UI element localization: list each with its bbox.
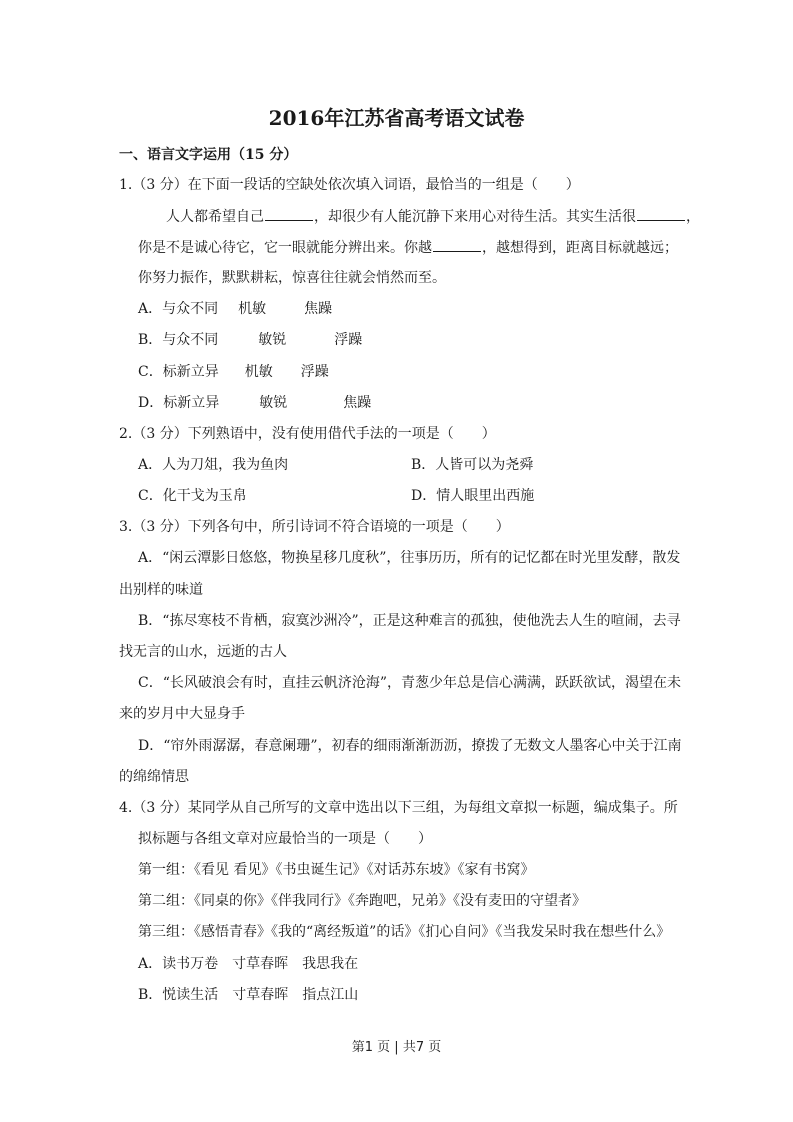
option-label: B． [138,332,162,348]
section-heading: 一、语言文字运用（15 分） [119,145,297,165]
question-2-option-b: B．人皆可以为尧舜 [411,455,533,475]
question-4-group-2: 第二组：《同桌的你》《伴我同行》《奔跑吧，兄弟》《没有麦田的守望者》 [138,891,586,911]
passage-text: ，却很少有人能沉静下来用心对待生活。其实生活很 [314,209,636,225]
question-1-passage-line-1: 人人都希望自己，却很少有人能沉静下来用心对待生活。其实生活很， [166,206,700,227]
option-word: 机敏 [238,301,266,317]
option-label: D． [411,488,436,504]
option-word: 寸草春晖 [232,987,288,1003]
option-text: 人皆可以为尧舜 [435,457,533,473]
question-4-option-a: A．读书万卷寸草春晖我思我在 [138,954,358,974]
option-label: B． [138,987,162,1003]
passage-text: ， [686,209,700,225]
option-label: D． [138,395,163,411]
question-4-option-b: B．悦读生活寸草春晖指点江山 [138,985,358,1005]
question-4-stem-line-1: 4.（3 分）某同学从自己所写的文章中选出以下三组，为每组文章拟一标题，编成集子… [119,798,678,818]
question-1-passage-line-2: 你是不是诚心待它，它一眼就能分辨出来。你越，越想得到，距离目标就越远； [138,237,678,258]
option-label: A． [138,301,162,317]
question-2-option-a: A．人为刀俎，我为鱼肉 [138,455,288,475]
option-word: 敏锐 [259,395,287,411]
fill-blank-2 [637,206,685,221]
question-1-option-b: B．与众不同敏锐浮躁 [138,330,362,350]
question-1-stem: 1.（3 分）在下面一段话的空缺处依次填入词语，最恰当的一组是（ ） [119,175,580,195]
option-word: 标新立异 [163,364,219,380]
question-3-stem: 3.（3 分）下列各句中，所引诗词不符合语境的一项是（ ） [119,517,510,537]
option-word: 焦躁 [343,395,371,411]
passage-text: 人人都希望自己 [166,209,264,225]
question-1-passage-line-3: 你努力振作，默默耕耘，惊喜往往就会悄然而至。 [138,268,446,288]
question-3-option-a-line-1: A．“闲云潭影日悠悠，物换星移几度秋”，往事历历，所有的记忆都在时光里发酵，散发 [138,548,680,568]
option-word: 读书万卷 [162,956,218,972]
question-4-group-1: 第一组：《看见 看见》《书虫诞生记》《对话苏东坡》《家有书窝》 [138,860,534,880]
option-label: C． [138,488,163,504]
question-3-option-d-line-1: D．“帘外雨潺潺，春意阑珊”，初春的细雨渐渐沥沥，撩拨了无数文人墨客心中关于江南 [138,736,682,756]
question-3-option-c-line-2: 来的岁月中大显身手 [119,704,245,724]
option-word: 寸草春晖 [232,956,288,972]
option-word: 与众不同 [162,332,218,348]
question-3-option-a-line-2: 出别样的味道 [119,580,203,600]
question-2-option-d: D．情人眼里出西施 [411,486,534,506]
question-3-option-d-line-2: 的绵绵情思 [119,767,189,787]
option-word: 机敏 [245,364,273,380]
option-word: 浮躁 [334,332,362,348]
question-1-option-a: A．与众不同机敏焦躁 [138,299,332,319]
passage-text: ，越想得到，距离目标就越远； [482,240,678,256]
option-word: 标新立异 [163,395,219,411]
option-text: 化干戈为玉帛 [163,488,247,504]
question-4-group-3: 第三组：《感悟青春》《我的“离经叛道”的话》《扪心自问》《当我发呆时我在想些什么… [138,922,670,942]
option-label: A． [138,457,162,473]
question-3-option-b-line-2: 找无言的山水，远逝的古人 [119,642,287,662]
page-footer: 第1 页 | 共7 页 [0,1036,793,1055]
fill-blank-3 [433,237,481,252]
option-word: 指点江山 [302,987,358,1003]
option-word: 与众不同 [162,301,218,317]
fill-blank-1 [265,206,313,221]
question-4-stem-line-2: 拟标题与各组文章对应最恰当的一项是（ ） [138,829,432,849]
question-2-option-c: C．化干戈为玉帛 [138,486,247,506]
option-word: 我思我在 [302,956,358,972]
option-word: 悦读生活 [162,987,218,1003]
question-1-option-d: D．标新立异敏锐焦躁 [138,393,371,413]
option-word: 敏锐 [258,332,286,348]
option-text: 人为刀俎，我为鱼肉 [162,457,288,473]
option-text: 情人眼里出西施 [436,488,534,504]
question-1-option-c: C．标新立异机敏浮躁 [138,362,329,382]
question-3-option-c-line-1: C．“长风破浪会有时，直挂云帆济沧海”，青葱少年总是信心满满，跃跃欲试，渴望在未 [138,673,681,693]
option-label: A． [138,956,162,972]
option-word: 焦躁 [304,301,332,317]
option-label: B． [411,457,435,473]
option-word: 浮躁 [301,364,329,380]
option-label: C． [138,364,163,380]
passage-text: 你是不是诚心待它，它一眼就能分辨出来。你越 [138,240,432,256]
question-2-stem: 2.（3 分）下列熟语中，没有使用借代手法的一项是（ ） [119,424,496,444]
page-title: 2016年江苏省高考语文试卷 [0,105,793,131]
question-3-option-b-line-1: B．“拣尽寒枝不肯栖，寂寞沙洲冷”，正是这种难言的孤独，使他洗去人生的喧闹，去寻 [138,611,681,631]
